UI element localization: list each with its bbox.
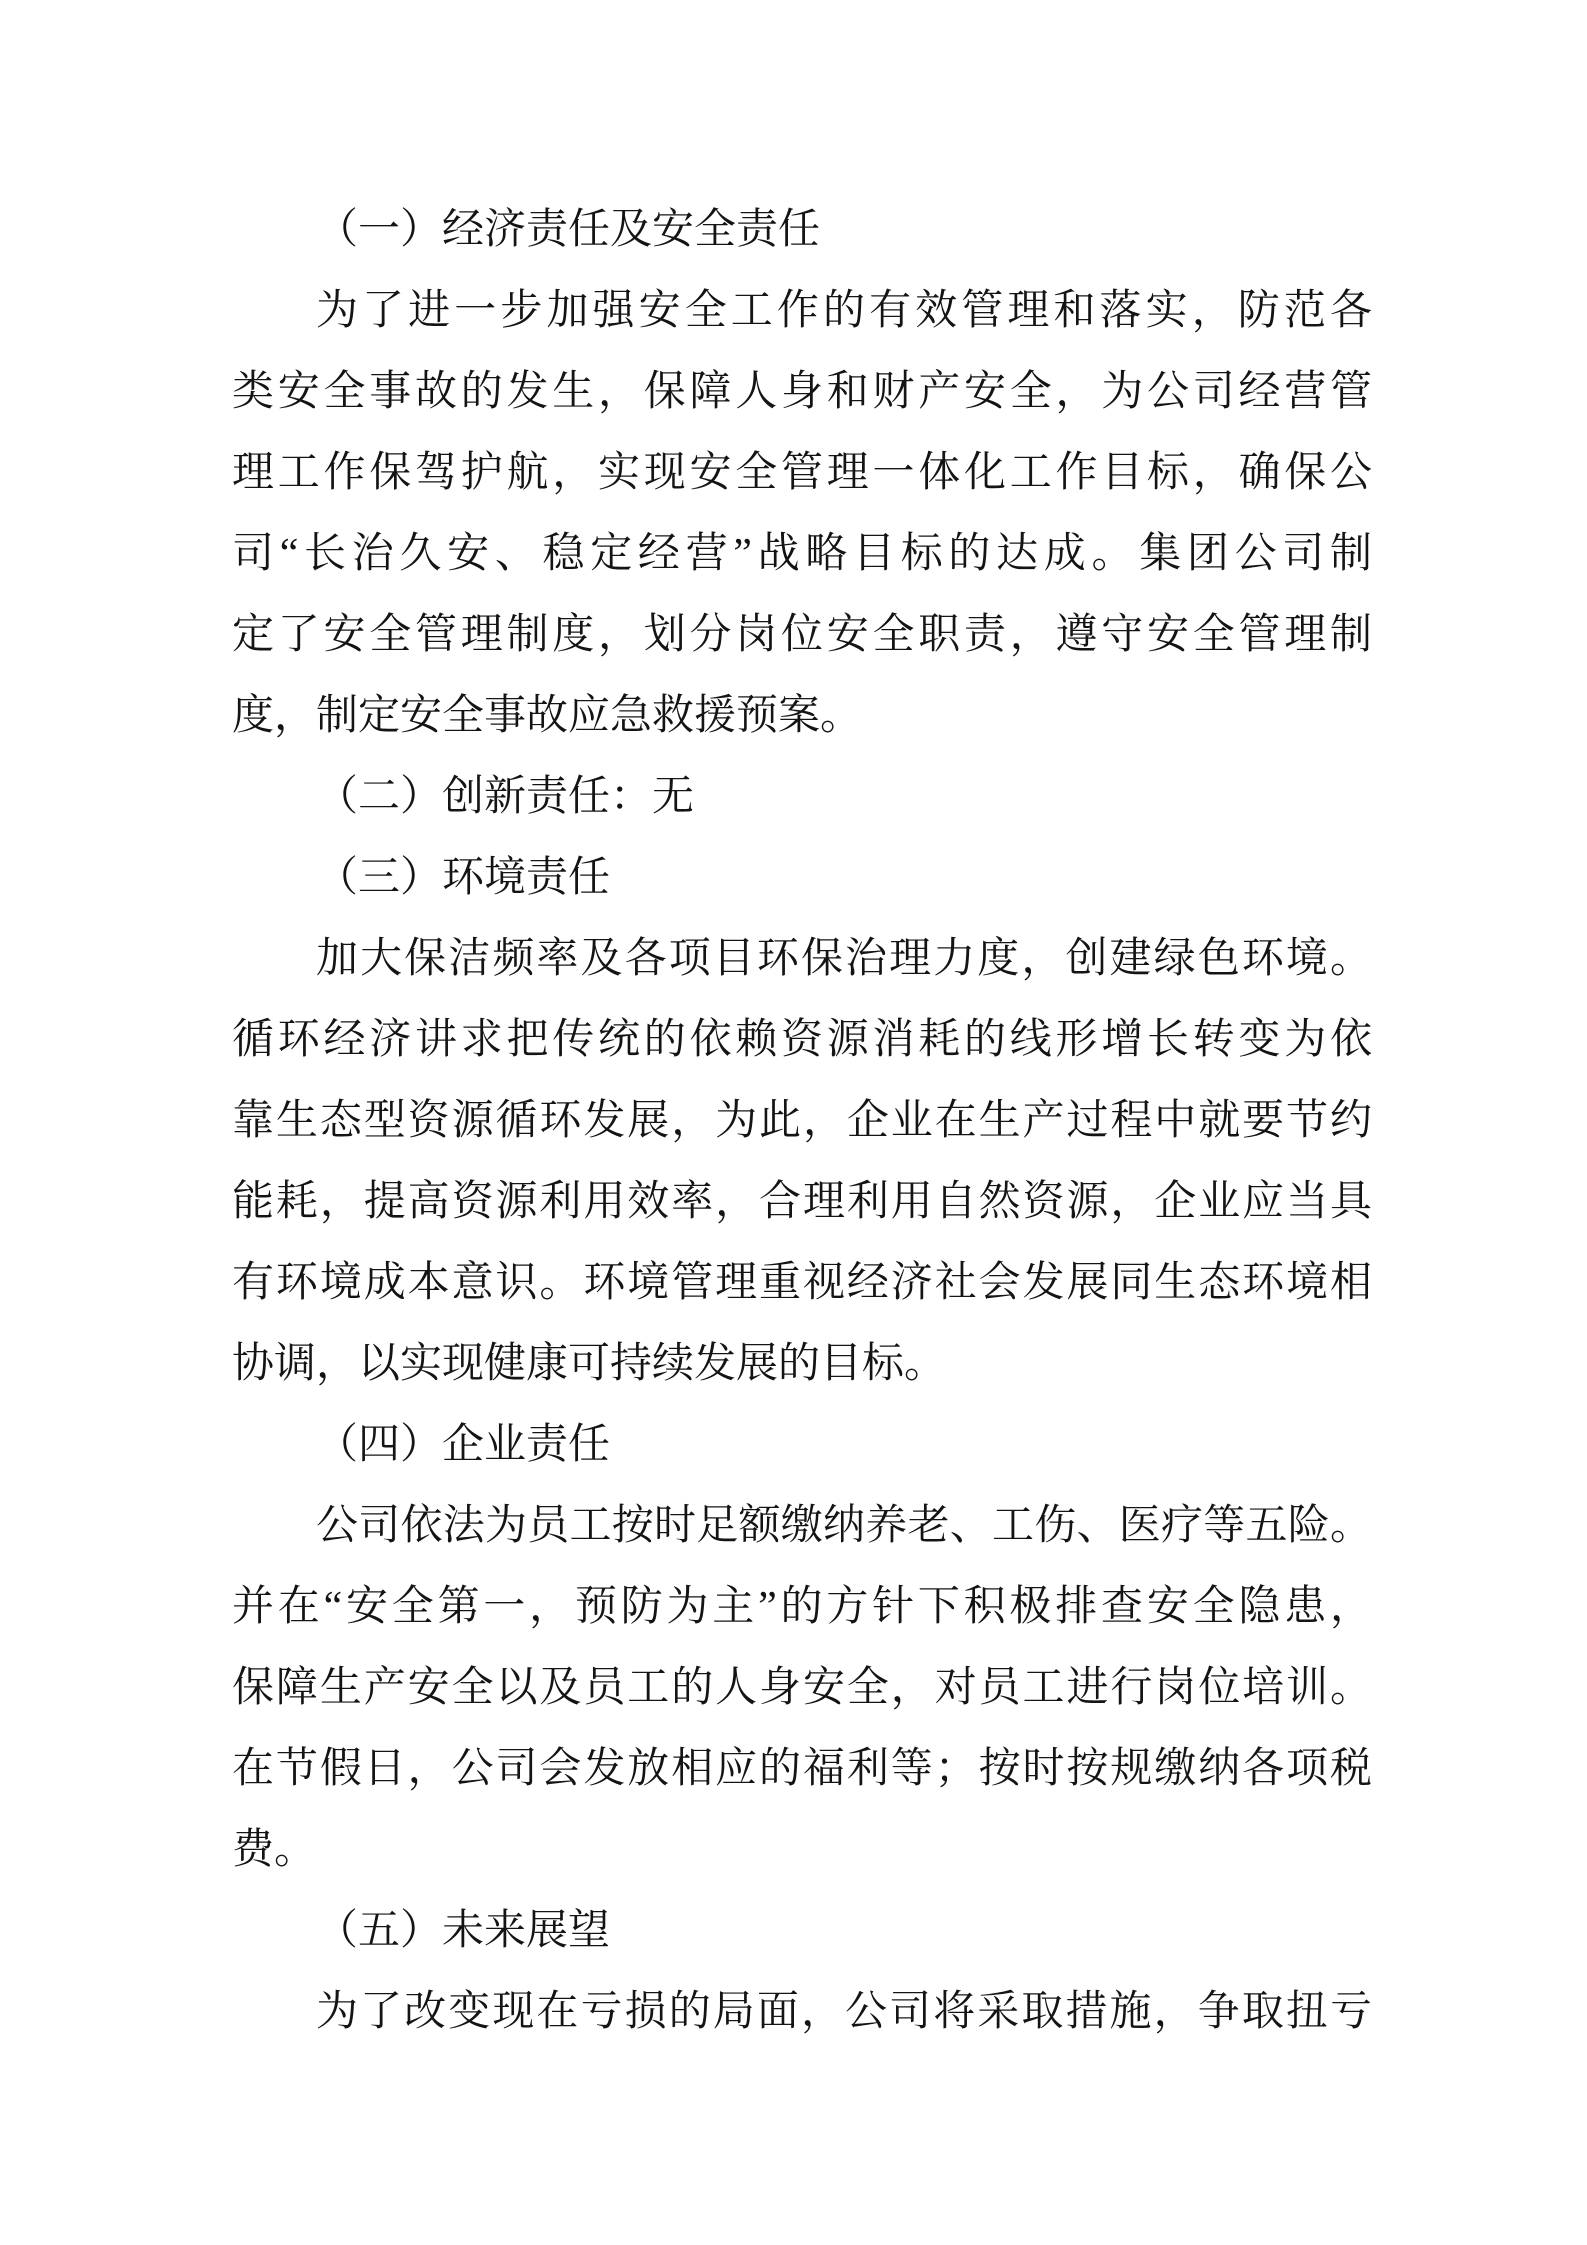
text-line: 在节假日，公司会发放相应的福利等；按时按规缴纳各项税 <box>232 1729 1372 1810</box>
text-line: 并在“安全第一，预防为主”的方针下积极排查安全隐患， <box>232 1567 1372 1648</box>
text-line: 协调，以实现健康可持续发展的目标。 <box>232 1324 1372 1405</box>
text-line: 加大保洁频率及各项目环保治理力度，创建绿色环境。 <box>232 919 1372 1000</box>
text-line: 类安全事故的发生，保障人身和财产安全，为公司经营管 <box>232 352 1372 433</box>
text-line: 费。 <box>232 1810 1372 1891</box>
text-line: 靠生态型资源循环发展，为此，企业在生产过程中就要节约 <box>232 1081 1372 1162</box>
text-line: 为了进一步加强安全工作的有效管理和落实，防范各 <box>232 271 1372 352</box>
section-heading-4: （四）企业责任 <box>232 1405 1372 1486</box>
section-heading-1: （一）经济责任及安全责任 <box>232 190 1372 271</box>
section-heading-5: （五）未来展望 <box>232 1891 1372 1972</box>
text-line: 公司依法为员工按时足额缴纳养老、工伤、医疗等五险。 <box>232 1486 1372 1567</box>
text-line: 理工作保驾护航，实现安全管理一体化工作目标，确保公 <box>232 433 1372 514</box>
document-page: （一）经济责任及安全责任 为了进一步加强安全工作的有效管理和落实，防范各 类安全… <box>0 0 1587 2245</box>
section-heading-3: （三）环境责任 <box>232 838 1372 919</box>
section-heading-2: （二）创新责任：无 <box>232 757 1372 838</box>
text-line: 循环经济讲求把传统的依赖资源消耗的线形增长转变为依 <box>232 1000 1372 1081</box>
text-line: 保障生产安全以及员工的人身安全，对员工进行岗位培训。 <box>232 1648 1372 1729</box>
text-line: 度，制定安全事故应急救援预案。 <box>232 676 1372 757</box>
text-line: 能耗，提高资源利用效率，合理利用自然资源，企业应当具 <box>232 1162 1372 1243</box>
text-line: 司“长治久安、稳定经营”战略目标的达成。集团公司制 <box>232 514 1372 595</box>
text-line: 有环境成本意识。环境管理重视经济社会发展同生态环境相 <box>232 1243 1372 1324</box>
text-line: 定了安全管理制度，划分岗位安全职责，遵守安全管理制 <box>232 595 1372 676</box>
document-text: （一）经济责任及安全责任 为了进一步加强安全工作的有效管理和落实，防范各 类安全… <box>232 190 1372 2053</box>
text-line: 为了改变现在亏损的局面，公司将采取措施，争取扭亏 <box>232 1972 1372 2053</box>
